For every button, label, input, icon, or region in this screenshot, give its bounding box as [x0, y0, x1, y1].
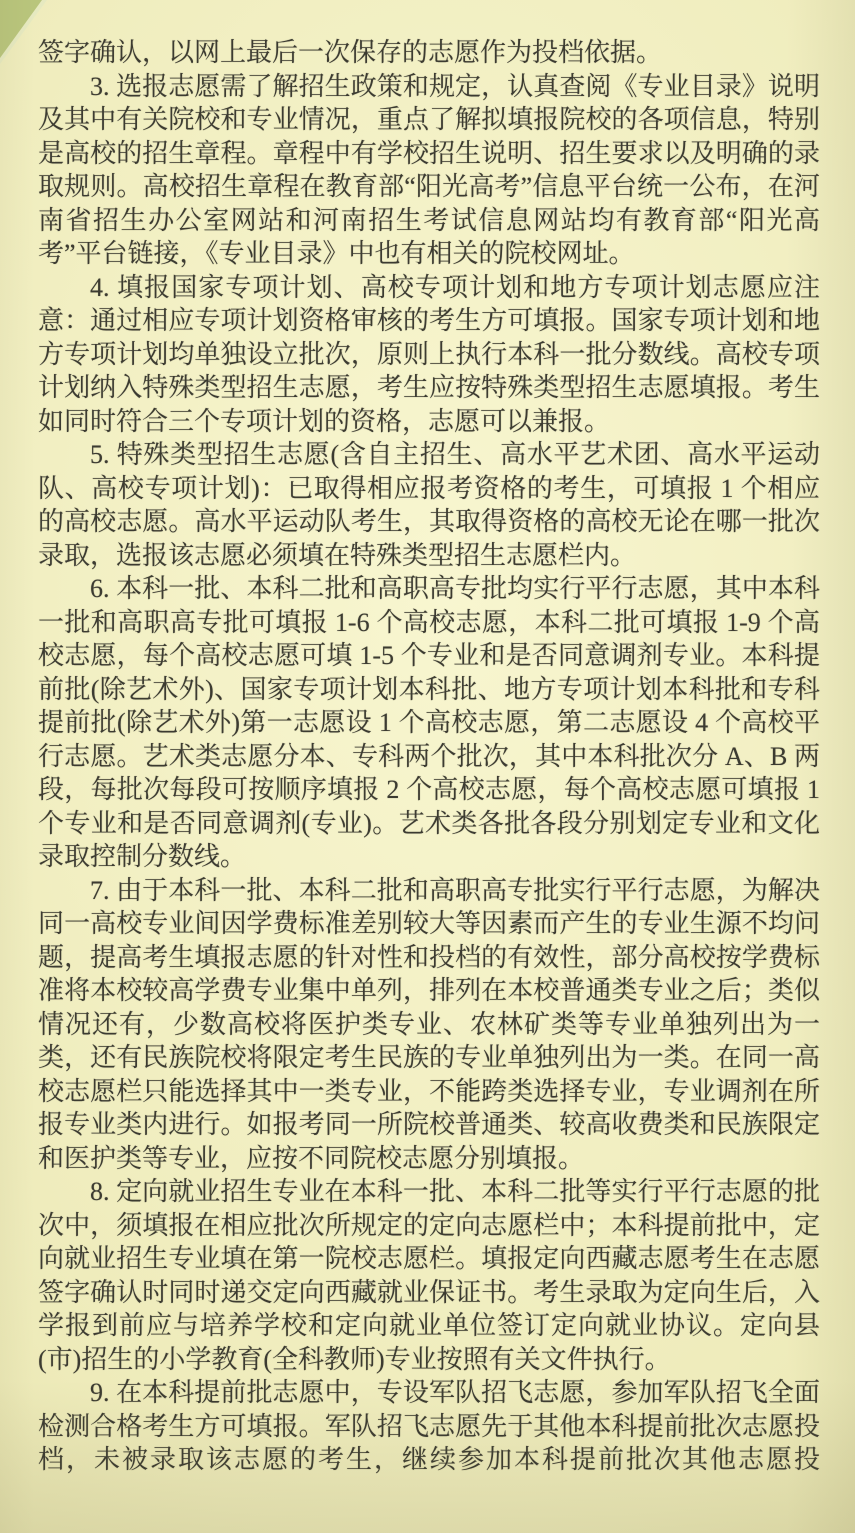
paragraph: 5. 特殊类型招生志愿(含自主招生、高水平艺术团、高水平运动队、高校专项计划)：…: [38, 438, 820, 572]
paragraph: 4. 填报国家专项计划、高校专项计划和地方专项计划志愿应注意：通过相应专项计划资…: [38, 271, 820, 439]
paragraph: 8. 定向就业招生专业在本科一批、本科二批等实行平行志愿的批次中，须填报在相应批…: [38, 1175, 820, 1376]
page-corner-fold-inner: [0, 0, 42, 58]
document-page: 签字确认，以网上最后一次保存的志愿作为投档依据。 3. 选报志愿需了解招生政策和…: [0, 0, 855, 1533]
paragraph: 签字确认，以网上最后一次保存的志愿作为投档依据。: [38, 36, 820, 70]
paragraph: 7. 由于本科一批、本科二批和高职高专批实行平行志愿，为解决同一高校专业间因学费…: [38, 874, 820, 1176]
paragraph: 6. 本科一批、本科二批和高职高专批均实行平行志愿，其中本科一批和高职高专批可填…: [38, 572, 820, 874]
document-text: 签字确认，以网上最后一次保存的志愿作为投档依据。 3. 选报志愿需了解招生政策和…: [38, 36, 820, 1477]
paragraph: 9. 在本科提前批志愿中，专设军队招飞志愿，参加军队招飞全面检测合格考生方可填报…: [38, 1376, 820, 1477]
paragraph: 3. 选报志愿需了解招生政策和规定，认真查阅《专业目录》说明及其中有关院校和专业…: [38, 70, 820, 271]
